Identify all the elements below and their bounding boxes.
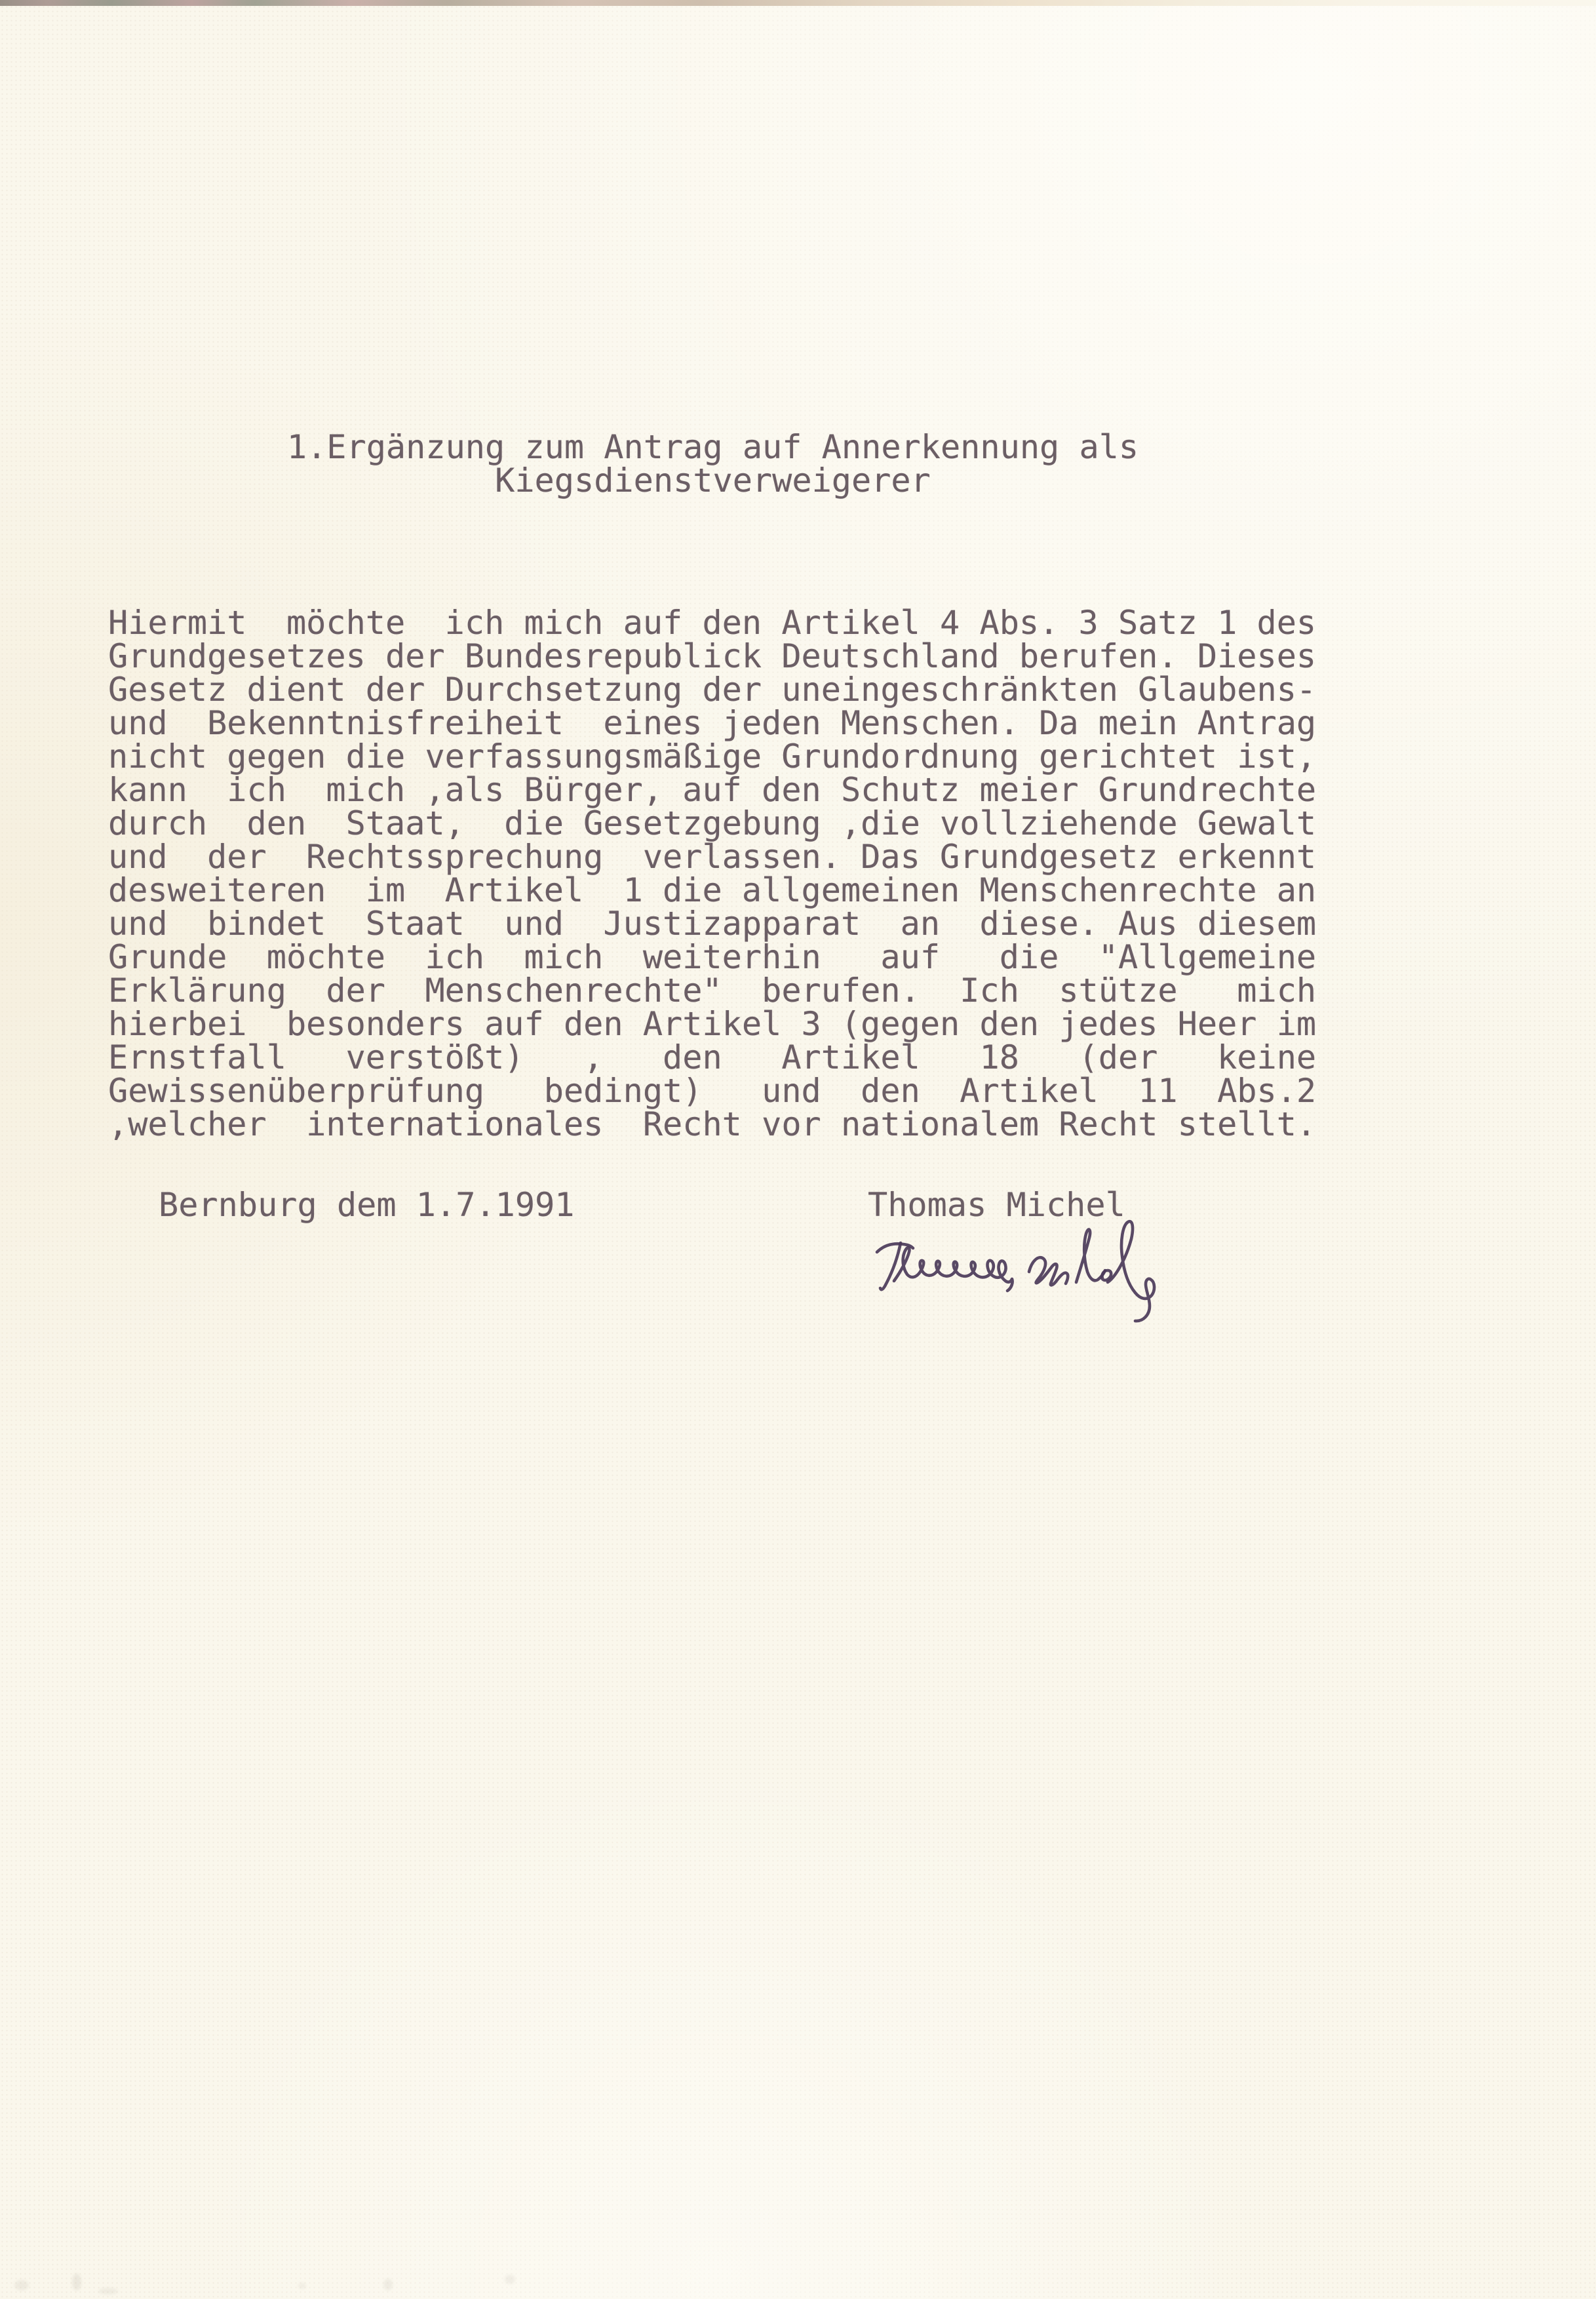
body-line: hierbei besonders auf den Artikel 3 (geg… xyxy=(108,1007,1317,1040)
body-line: nicht gegen die verfassungsmäßige Grundo… xyxy=(108,739,1317,773)
scan-artifact-strip xyxy=(0,0,1596,6)
body-line: Gewissenüberprüfung bedingt) und den Art… xyxy=(108,1074,1317,1107)
body-line: Grundgesetzes der Bundesrepublick Deutsc… xyxy=(108,639,1317,673)
body-line: durch den Staat, die Gesetzgebung ,die v… xyxy=(108,806,1317,840)
body-line: Hiermit möchte ich mich auf den Artikel … xyxy=(108,606,1317,639)
body-line: kann ich mich ,als Bürger, auf den Schut… xyxy=(108,773,1317,806)
title-line-2: Kiegsdienstverweigerer xyxy=(108,463,1317,497)
scan-speck xyxy=(505,2275,515,2284)
place-date: Bernburg dem 1.7.1991 xyxy=(159,1188,575,1221)
scanned-document-page: 1.Ergänzung zum Antrag auf Annerkennung … xyxy=(0,0,1596,2299)
body-line: Gesetz dient der Durchsetzung der uneing… xyxy=(108,673,1317,706)
body-line: Erklärung der Menschenrechte" berufen. I… xyxy=(108,973,1317,1007)
body-line: und Bekenntnisfreiheit eines jeden Mensc… xyxy=(108,706,1317,739)
document-title: 1.Ergänzung zum Antrag auf Annerkennung … xyxy=(108,430,1317,497)
scan-speck xyxy=(14,2280,29,2290)
title-line-1: 1.Ergänzung zum Antrag auf Annerkennung … xyxy=(108,430,1317,463)
scan-speck xyxy=(72,2273,81,2290)
body-line: Ernstfall verstößt) , den Artikel 18 (de… xyxy=(108,1040,1317,1074)
scan-speck xyxy=(383,2279,393,2290)
handwritten-signature xyxy=(872,1214,1170,1344)
signature-strokes xyxy=(872,1214,1170,1344)
body-line: ,welcher internationales Recht vor natio… xyxy=(108,1107,1317,1141)
scan-speck xyxy=(298,2283,306,2289)
body-line: desweiteren im Artikel 1 die allgemeinen… xyxy=(108,873,1317,907)
scan-speck xyxy=(98,2288,118,2294)
body-line: und bindet Staat und Justizapparat an di… xyxy=(108,907,1317,940)
body-line: und der Rechtssprechung verlassen. Das G… xyxy=(108,840,1317,873)
body-paragraph: Hiermit möchte ich mich auf den Artikel … xyxy=(108,606,1317,1141)
body-line: Grunde möchte ich mich weiterhin auf die… xyxy=(108,940,1317,973)
